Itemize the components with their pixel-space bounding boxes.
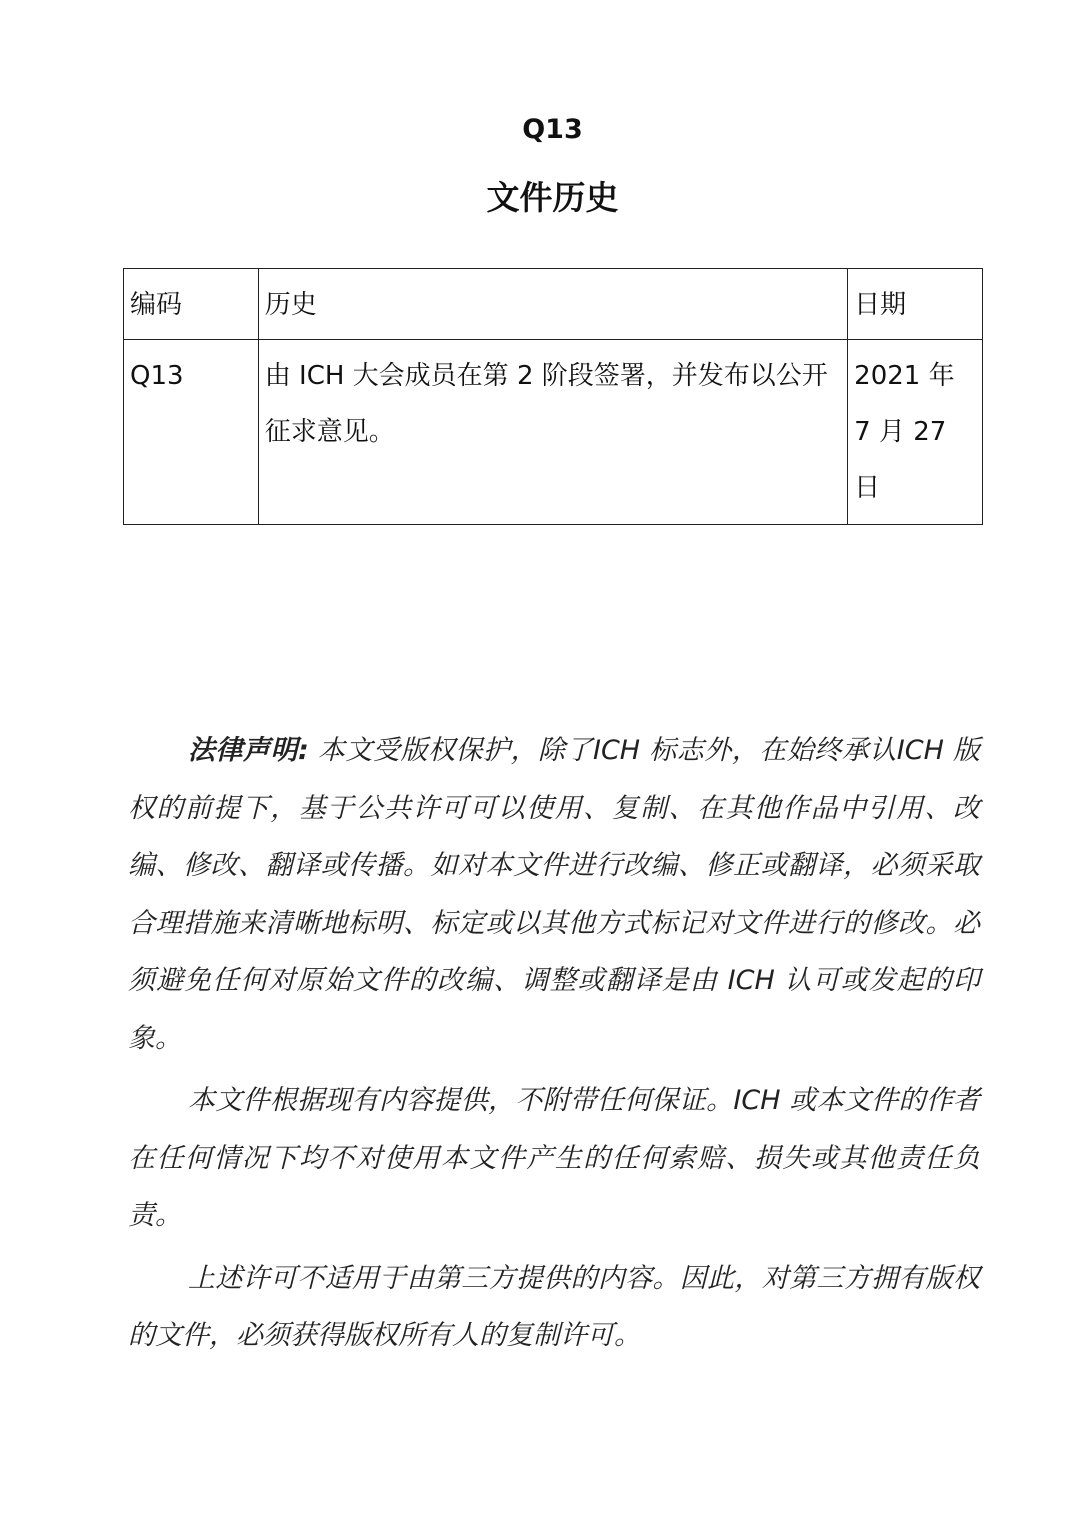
- table-row: Q13 由 ICH 大会成员在第 2 阶段签署，并发布以公开征求意见。 2021…: [124, 340, 983, 525]
- table-header-row: 编码 历史 日期: [124, 269, 983, 340]
- document-code: Q13: [0, 114, 1080, 145]
- cell-code: Q13: [124, 340, 259, 525]
- history-table: 编码 历史 日期 Q13 由 ICH 大会成员在第 2 阶段签署，并发布以公开征…: [123, 268, 983, 525]
- legal-lead: 法律声明:: [188, 735, 309, 766]
- legal-paragraph: 法律声明: 本文受版权保护，除了ICH 标志外，在始终承认ICH 版权的前提下，…: [128, 722, 980, 1067]
- page-title: 文件历史: [0, 172, 1080, 219]
- cell-history: 由 ICH 大会成员在第 2 阶段签署，并发布以公开征求意见。: [258, 340, 847, 525]
- legal-text: 本文受版权保护，除了ICH 标志外，在始终承认ICH 版权的前提下，基于公共许可…: [128, 735, 980, 1054]
- legal-notice: 法律声明: 本文受版权保护，除了ICH 标志外，在始终承认ICH 版权的前提下，…: [128, 722, 980, 1365]
- legal-paragraph: 本文件根据现有内容提供，不附带任何保证。ICH 或本文件的作者在任何情况下均不对…: [128, 1072, 980, 1245]
- cell-date: 2021 年 7 月 27 日: [848, 340, 983, 525]
- header-date: 日期: [848, 269, 983, 340]
- legal-paragraph: 上述许可不适用于由第三方提供的内容。因此，对第三方拥有版权的文件，必须获得版权所…: [128, 1250, 980, 1365]
- header-code: 编码: [124, 269, 259, 340]
- header-history: 历史: [258, 269, 847, 340]
